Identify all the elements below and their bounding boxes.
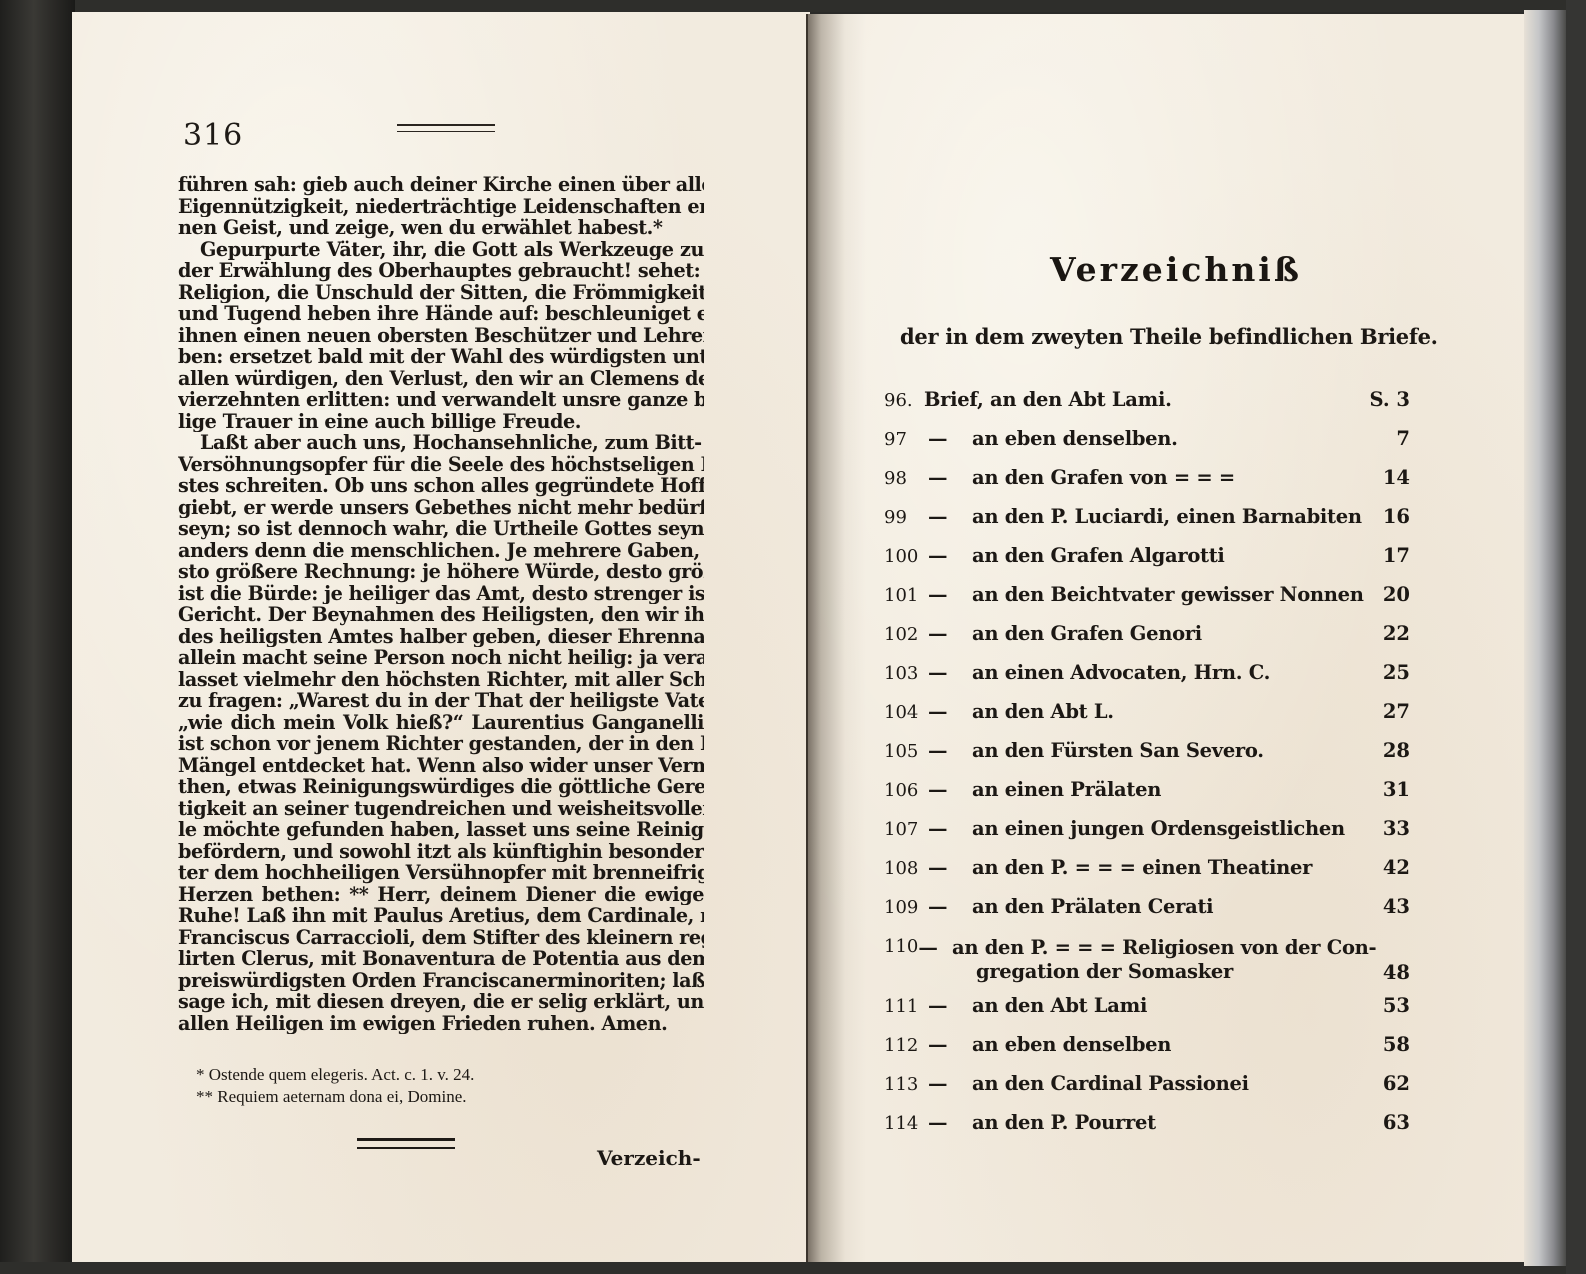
toc-subtitle: der in dem zweyten Theile befindlichen B… [900,324,1438,349]
text-line: ben: ersetzet bald mit der Wahl des würd… [178,346,704,368]
footnote: * Ostende quem elegeris. Act. c. 1. v. 2… [196,1064,474,1086]
page-ref: 27 [1366,700,1410,723]
letter-title: an den Grafen Genori [972,622,1366,645]
footnote: ** Requiem aeternam dona ei, Domine. [196,1086,474,1108]
toc-entry: 109 — an den Prälaten Cerati 43 [884,895,1410,934]
letter-number: 106 [884,780,928,801]
toc-title: Verzeichniß [1050,250,1302,289]
toc-entry: 96. Brief, an den Abt Lami. S. 3 [884,388,1410,427]
text-line: und Tugend heben ihre Hände auf: beschle… [178,303,704,325]
text-line: anders denn die menschlichen. Je mehrere… [178,540,704,562]
text-line: des heiligsten Amtes halber geben, diese… [178,626,704,648]
text-line: Mängel entdecket hat. Wenn also wider un… [178,755,704,777]
dash: — [928,778,972,801]
letter-title: an einen Advocaten, Hrn. C. [972,661,1366,684]
text-line: ihnen einen neuen obersten Beschützer un… [178,325,704,347]
text-line: Religion, die Unschuld der Sitten, die F… [178,282,704,304]
background-bottom [0,1262,1586,1274]
toc-entry: 113 — an den Cardinal Passionei 62 [884,1072,1410,1111]
letter-title: an den P. = = = einen Theatiner [972,856,1366,879]
letter-title: an den P. Luciardi, einen Barnabiten [972,505,1366,528]
text-line: zu fragen: „Warest du in der That der he… [178,690,704,712]
letter-title: an eben denselben. [972,427,1366,450]
text-line: nen Geist, und zeige, wen du erwählet ha… [178,217,704,239]
text-line: lirten Clerus, mit Bonaventura de Potent… [178,948,704,970]
letter-title: an den Beichtvater gewisser Nonnen [972,583,1366,606]
page-stack-edge [1524,10,1566,1266]
text-line: ter dem hochheiligen Versühnopfer mit br… [178,862,704,884]
dash: — [928,466,972,489]
toc-entry: 110 — an den P. = = = Religiosen von der… [884,934,1410,994]
dash: — [928,739,972,762]
text-line: führen sah: gieb auch deiner Kirche eine… [178,174,704,196]
letter-title: an einen Prälaten [972,778,1366,801]
letter-number: 101 [884,585,928,606]
page-ref: 22 [1366,622,1410,645]
page-ref: 16 [1366,505,1410,528]
page-ref: 58 [1366,1033,1410,1056]
letter-title: an den Abt Lami [972,994,1366,1017]
page-ref: 14 [1366,466,1410,489]
page-ref: S. 3 [1366,388,1410,411]
text-line: stes schreiten. Ob uns schon alles gegrü… [178,475,704,497]
letter-number: 113 [884,1074,928,1095]
page-ref: 7 [1366,427,1410,450]
dash: — [918,936,952,959]
letter-title: an den Cardinal Passionei [972,1072,1366,1095]
toc-entry: 114 — an den P. Pourret 63 [884,1111,1410,1150]
text-line: Franciscus Carracciolі, dem Stifter des … [178,927,704,949]
header-rule [397,124,495,132]
text-line: preiswürdigsten Orden Franciscanerminori… [178,970,704,992]
letter-number: 104 [884,702,928,723]
letter-number: 110 [884,936,918,957]
body-text: führen sah: gieb auch deiner Kirche eine… [178,174,704,1034]
page-ref: 42 [1366,856,1410,879]
page-ref: 25 [1366,661,1410,684]
gutter [806,14,808,1262]
text-line: sage ich, mit diesen dreyen, die er seli… [178,991,704,1013]
text-line: sto größere Rechnung: je höhere Würde, d… [178,561,704,583]
letter-number: 98 [884,468,928,489]
letter-number: 112 [884,1035,928,1056]
text-line: Versöhnungsopfer für die Seele des höchs… [178,454,704,476]
toc-entry: 111 — an den Abt Lami 53 [884,994,1410,1033]
letter-number: 114 [884,1113,928,1134]
letter-number: 97 [884,429,928,450]
toc-entry: 105 — an den Fürsten San Severo. 28 [884,739,1410,778]
dash: — [928,817,972,840]
page-ref: 48 [1376,961,1410,994]
letter-number: 96. [884,390,924,411]
toc-entry: 102 — an den Grafen Genori 22 [884,622,1410,661]
text-line: tigkeit an seiner tugendreichen und weis… [178,798,704,820]
dash: — [928,622,972,645]
letter-title: an einen jungen Ordensgeistlichen [972,817,1366,840]
toc-entry: 106 — an einen Prälaten 31 [884,778,1410,817]
dash: — [928,583,972,606]
letter-title: an den Grafen von = = = [972,466,1366,489]
dash: — [928,994,972,1017]
letter-title: Brief, an den Abt Lami. [924,388,1366,411]
toc-entry: 104 — an den Abt L. 27 [884,700,1410,739]
text-line: giebt, er werde unsers Gebethes nicht me… [178,497,704,519]
text-line: Gericht. Der Beynahmen des Heiligsten, d… [178,604,704,626]
letter-title-line2: gregation der Somasker [952,960,1376,984]
toc-entry: 98 — an den Grafen von = = = 14 [884,466,1410,505]
toc-entry: 103 — an einen Advocaten, Hrn. C. 25 [884,661,1410,700]
dash: — [928,544,972,567]
text-line: allein macht seine Person noch nicht hei… [178,647,704,669]
text-line: le möchte gefunden haben, lasset uns sei… [178,819,704,841]
letter-title: an den Abt L. [972,700,1366,723]
text-line: seyn; so ist dennoch wahr, die Urtheile … [178,518,704,540]
letter-title: an den P. Pourret [972,1111,1366,1134]
dash: — [928,856,972,879]
text-line: ist die Bürde: je heiliger das Amt, dest… [178,583,704,605]
page-ref: 63 [1366,1111,1410,1134]
page-ref: 33 [1366,817,1410,840]
letter-number: 107 [884,819,928,840]
letter-number: 108 [884,858,928,879]
text-line: allen würdigen, den Verlust, den wir an … [178,368,704,390]
text-line: then, etwas Reinigungswürdiges die göttl… [178,776,704,798]
catchword: Verzeich- [597,1146,701,1170]
letter-number: 111 [884,996,928,1017]
letter-title: an den Fürsten San Severo. [972,739,1366,762]
text-line: allen Heiligen im ewigen Frieden ruhen. … [178,1013,704,1035]
toc-entry: 99 — an den P. Luciardi, einen Barnabite… [884,505,1410,544]
toc-entry: 100 — an den Grafen Algarotti 17 [884,544,1410,583]
page-ref: 53 [1366,994,1410,1017]
dash: — [928,505,972,528]
toc-entry: 107 — an einen jungen Ordensgeistlichen … [884,817,1410,856]
text-line: lasset vielmehr den höchsten Richter, mi… [178,669,704,691]
dash: — [928,427,972,450]
text-line: Herzen bethen: ** Herr, deinem Diener di… [178,884,704,906]
table-of-contents: 96. Brief, an den Abt Lami. S. 3 97 — an… [884,388,1410,1150]
letter-number: 99 [884,507,928,528]
dash: — [928,1072,972,1095]
letter-number: 105 [884,741,928,762]
page-ref: 20 [1366,583,1410,606]
letter-title: an den P. = = = Religiosen von der Con- … [952,936,1376,984]
toc-entry: 101 — an den Beichtvater gewisser Nonnen… [884,583,1410,622]
dash: — [928,700,972,723]
text-line: Laßt aber auch uns, Hochansehnliche, zum… [178,432,704,454]
dash: — [928,1033,972,1056]
letter-number: 100 [884,546,928,567]
text-line: vierzehnten erlitten: und verwandelt uns… [178,389,704,411]
letter-title: an eben denselben [972,1033,1366,1056]
letter-title: an den Grafen Algarotti [972,544,1366,567]
gutter-shadow [806,14,866,1262]
text-line: Ruhe! Laß ihn mit Paulus Aretius, dem Ca… [178,905,704,927]
text-line: befördern, und sowohl itzt als künftighi… [178,841,704,863]
text-line: Eigennützigkeit, niederträchtige Leidens… [178,196,704,218]
book-cover-edge [1566,0,1586,1274]
dash: — [928,895,972,918]
toc-entry: 97 — an eben denselben. 7 [884,427,1410,466]
dash: — [928,661,972,684]
letter-number: 102 [884,624,928,645]
toc-entry: 108 — an den P. = = = einen Theatiner 42 [884,856,1410,895]
page-ref: 31 [1366,778,1410,801]
toc-entry: 112 — an eben denselben 58 [884,1033,1410,1072]
text-line: Gepurpurte Väter, ihr, die Gott als Werk… [178,239,704,261]
page-ref: 43 [1366,895,1410,918]
dash: — [928,1111,972,1134]
background-top [0,0,1586,12]
letter-number: 109 [884,897,928,918]
letter-title: an den Prälaten Cerati [972,895,1366,918]
page-number: 316 [183,118,243,153]
footnotes: * Ostende quem elegeris. Act. c. 1. v. 2… [196,1064,474,1108]
text-line: lige Trauer in eine auch billige Freude. [178,411,704,433]
page-ref: 28 [1366,739,1410,762]
page-ref: 62 [1366,1072,1410,1095]
text-line: der Erwählung des Oberhauptes gebraucht!… [178,260,704,282]
section-end-rule [357,1138,455,1149]
text-line: „wie dich mein Volk hieß?“ Laurentius Ga… [178,712,704,734]
letter-number: 103 [884,663,928,684]
letter-title-line1: an den P. = = = Religiosen von der Con- [952,936,1376,959]
text-line: ist schon vor jenem Richter gestanden, d… [178,733,704,755]
background-left [0,0,75,1274]
page-ref: 17 [1366,544,1410,567]
